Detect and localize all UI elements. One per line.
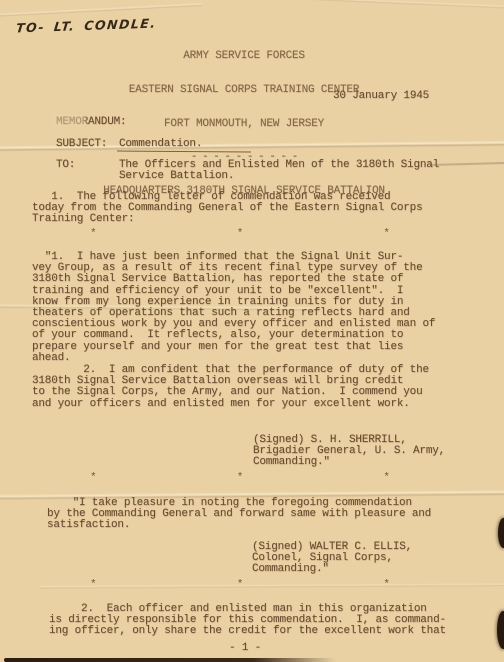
asterisk-separator: * * * [90, 228, 390, 240]
date-line: 30 January 1945 [333, 91, 429, 102]
closing-paragraph: "I take pleasure in noting the foregoing… [47, 498, 431, 532]
page-number: - 1 - [0, 643, 490, 654]
to-value: The Officers and Enlisted Men of the 318… [119, 160, 439, 182]
scanned-memo-page: TO- LT. CONDLE. ARMY SERVICE FORCES EAST… [0, 0, 504, 662]
final-paragraph: 2. Each officer and enlisted man in this… [49, 604, 446, 638]
intro-paragraph: 1. The following letter of commendation … [32, 192, 422, 226]
asterisk: * [383, 579, 390, 591]
punch-hole-shadow [498, 518, 504, 548]
subject-label: SUBJECT: [56, 139, 107, 150]
signature-block-ellis: (Signed) WALTER C. ELLIS, Colonel, Signa… [252, 542, 412, 576]
letterhead-line-1: ARMY SERVICE FORCES [0, 51, 488, 62]
signature-block-sherrill: (Signed) S. H. SHERRILL, Brigadier Gener… [253, 435, 445, 469]
subject-value: Commendation. [119, 139, 202, 150]
punch-hole-shadow [497, 611, 504, 649]
asterisk: * [90, 579, 97, 591]
asterisk-separator: * * * [90, 472, 390, 484]
asterisk: * [90, 228, 97, 240]
crease-line [270, 0, 504, 9]
paper-bottom-edge [4, 658, 336, 662]
asterisk: * [237, 472, 244, 484]
memorandum-label: MEMORANDUM: [56, 117, 126, 128]
asterisk: * [383, 228, 390, 240]
asterisk-separator: * * * [90, 579, 390, 591]
crease-line [0, 3, 202, 18]
asterisk: * [237, 228, 244, 240]
asterisk: * [383, 472, 390, 484]
to-label: TO: [56, 160, 75, 171]
quoted-paragraph-2: 2. I am confident that the performance o… [32, 365, 429, 410]
asterisk: * [90, 472, 97, 484]
asterisk: * [237, 579, 244, 591]
quoted-paragraph-1: "1. I have just been informed that the S… [32, 252, 435, 364]
